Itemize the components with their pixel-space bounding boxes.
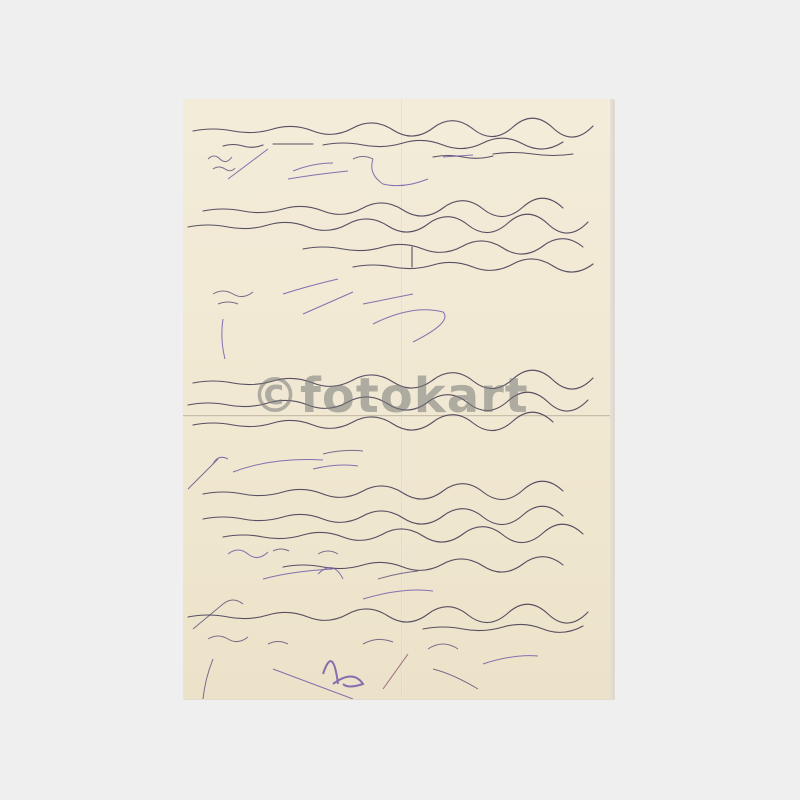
watermark-text: ©fotokart [251,372,529,420]
